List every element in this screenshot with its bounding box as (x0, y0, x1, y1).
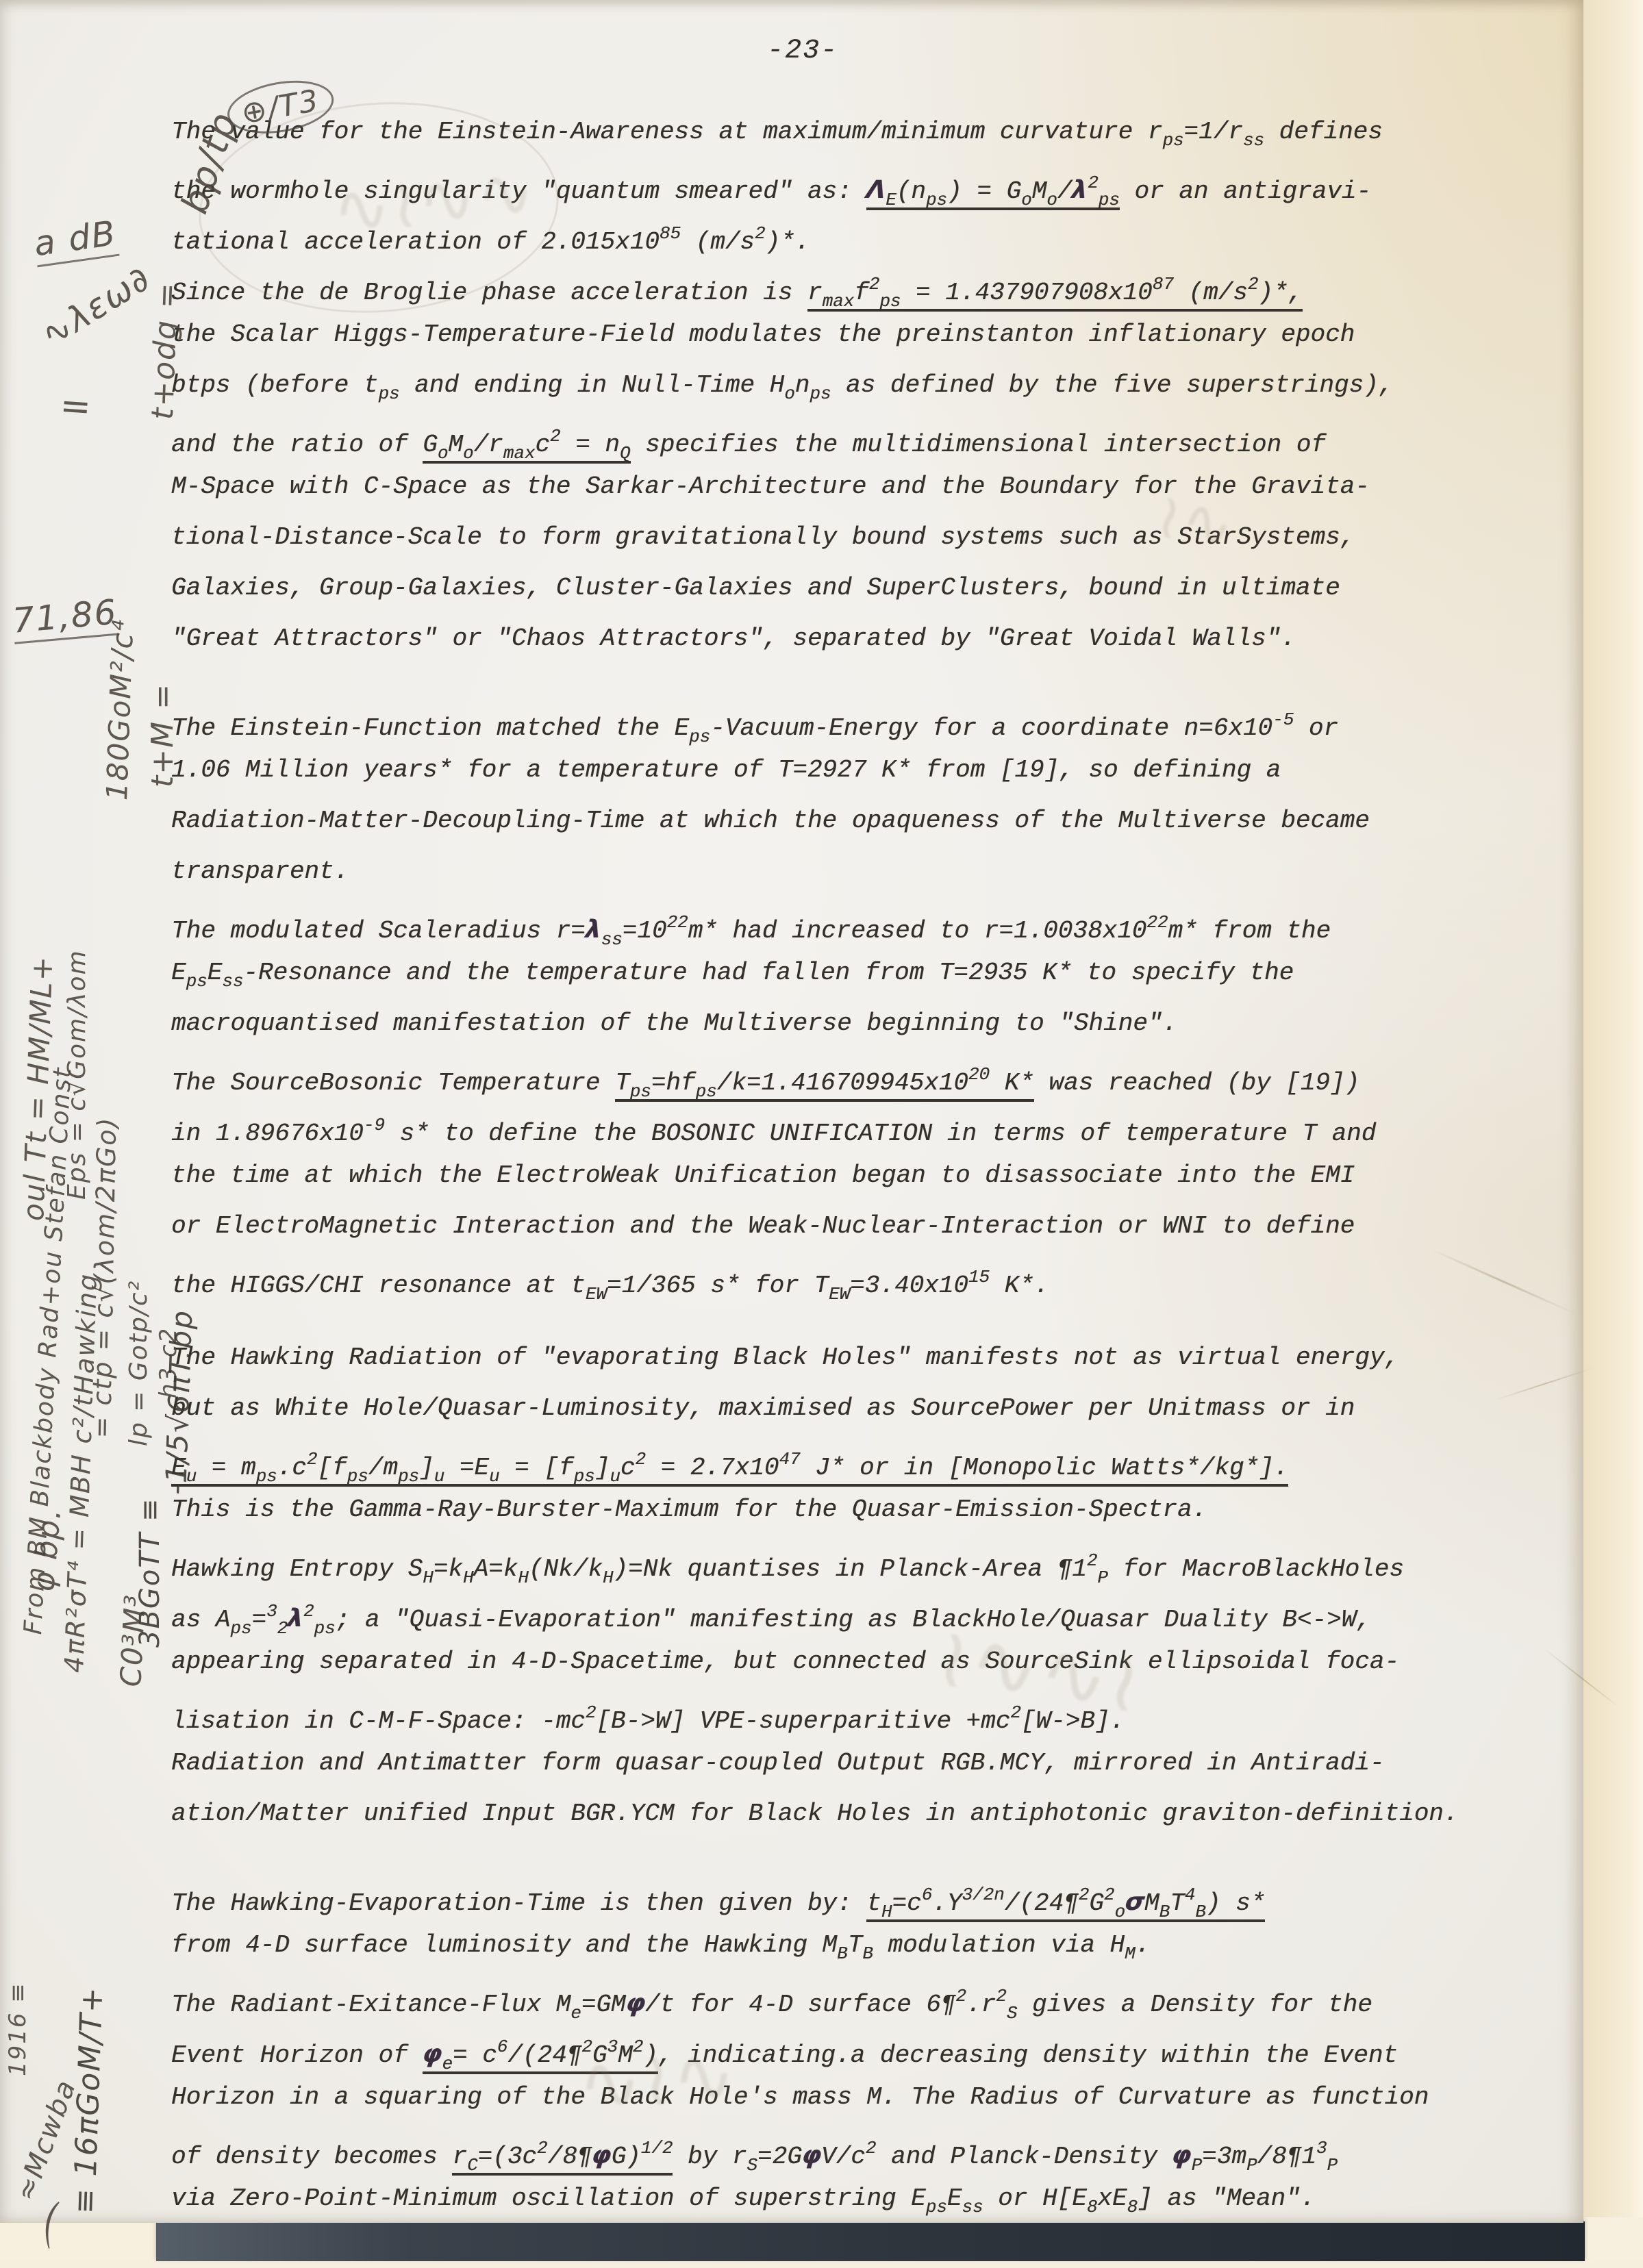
margin-annotation: lp = Gotp/c² (125, 1280, 153, 1446)
page-number: -23- (767, 36, 838, 66)
margin-annotation: a dB (32, 213, 119, 267)
margin-annotation: 4πR²σT⁴ = MBH c²/tHawking (59, 1272, 103, 1673)
margin-annotation: -1/5√6πT.bp (159, 1309, 199, 1495)
text-line: macroquantised manifestation of the Mult… (171, 998, 1514, 1049)
text-line: the Scalar Higgs-Temperature-Field modul… (171, 310, 1514, 360)
text-line: The Radiant-Exitance-Flux Me=GMφ/t for 4… (171, 1971, 1514, 2021)
margin-annotation: 71,86 (11, 592, 119, 644)
margin-annotation: t+odg = (145, 281, 185, 420)
text-line: or ElectroMagnetic Interaction and the W… (171, 1201, 1514, 1252)
ghost-scribble: ≀∿ (1152, 479, 1241, 564)
text-line: transparent. (171, 846, 1514, 897)
margin-annotation: = (59, 383, 95, 429)
text-line: via Zero-Point-Minimum oscillation of su… (171, 2173, 1514, 2224)
text-line: ation/Matter unified Input BGR.YCM for B… (171, 1789, 1514, 1839)
text-line: btps (before tps and ending in Null-Time… (171, 360, 1514, 411)
text-line: the time at which the ElectroWeak Unific… (171, 1150, 1514, 1201)
ghost-scribble: ∿≀∿ (575, 2030, 740, 2128)
text-line: tional-Distance-Scale to form gravitatio… (171, 512, 1514, 563)
scan-backing-band (1581, 0, 1643, 2261)
text-line: The Hawking-Evaporation-Time is then giv… (171, 1869, 1514, 1920)
text-line: The SourceBosonic Temperature Tps=hfps/k… (171, 1049, 1514, 1100)
text-line: Radiation-Matter-Decoupling-Time at whic… (171, 796, 1514, 846)
text-line: This is the Gamma-Ray-Burster-Maximum fo… (171, 1485, 1514, 1535)
text-line: in 1.89676x10-9 s* to define the BOSONIC… (171, 1100, 1514, 1150)
text-line: Horizon in a squaring of the Black Hole'… (171, 2072, 1514, 2123)
text-line: Hawking Entropy SH=kHA=kH(Nk/kH)=Nk quan… (171, 1535, 1514, 1586)
text-line: 1.06 Million years* for a temperature of… (171, 745, 1514, 796)
margin-annotation: 1916 ≡ (4, 1982, 32, 2076)
text-line: The Hawking Radiation of "evaporating Bl… (171, 1333, 1514, 1383)
text-line: lisation in C-M-F-Space: -mc2[B->W] VPE-… (171, 1687, 1514, 1738)
text-line: "Great Attractors" or "Chaos Attractors"… (171, 614, 1514, 664)
scanned-document: -23- The value for the Einstein-Awarenes… (0, 0, 1643, 2261)
margin-annotation: t+M = (145, 683, 180, 787)
text-line: of density becomes rC=(3c2/8¶φG)1/2 by r… (171, 2123, 1514, 2173)
scanner-edge-strip (156, 2221, 1585, 2261)
text-line: as Aps=32λ2ps; a "Quasi-Evaporation" man… (171, 1586, 1514, 1637)
document-page: -23- The value for the Einstein-Awarenes… (0, 0, 1583, 2223)
text-line: Event Horizon of φe= c6/(24¶2G3M2), indi… (171, 2021, 1514, 2072)
text-line: the HIGGS/CHI resonance at tEW=1/365 s* … (171, 1252, 1514, 1302)
text-line: The modulated Scaleradius r=λss=1022m* h… (171, 897, 1514, 948)
text-line: The value for the Einstein-Awareness at … (171, 107, 1514, 157)
text-line: Galaxies, Group-Galaxies, Cluster-Galaxi… (171, 563, 1514, 614)
typed-text-column: The value for the Einstein-Awareness at … (171, 107, 1514, 2224)
text-line: Eu = mps.c2[fps/mps]u =Eu = [fps]uc2 = 2… (171, 1434, 1514, 1485)
text-line: EpsEss-Resonance and the temperature had… (171, 948, 1514, 998)
margin-annotation: 180GoM²/c⁴ (100, 618, 140, 801)
text-line: from 4-D surface luminosity and the Hawk… (171, 1920, 1514, 1971)
margin-annotation: ∿λεω∂ (34, 258, 158, 356)
text-line: but as White Hole/Quasar-Luminosity, max… (171, 1383, 1514, 1434)
text-line: and the ratio of GoMo/rmaxc2 = nQ specif… (171, 411, 1514, 462)
text-line: appearing separated in 4-D-Spacetime, bu… (171, 1637, 1514, 1687)
margin-annotation: C0³M³ (114, 1593, 152, 1687)
text-line: Radiation and Antimatter form quasar-cou… (171, 1738, 1514, 1789)
text-line: The Einstein-Function matched the Eps-Va… (171, 694, 1514, 745)
text-line: M-Space with C-Space as the Sarkar-Archi… (171, 462, 1514, 512)
text-line: Since the de Broglie phase acceleration … (171, 259, 1514, 310)
